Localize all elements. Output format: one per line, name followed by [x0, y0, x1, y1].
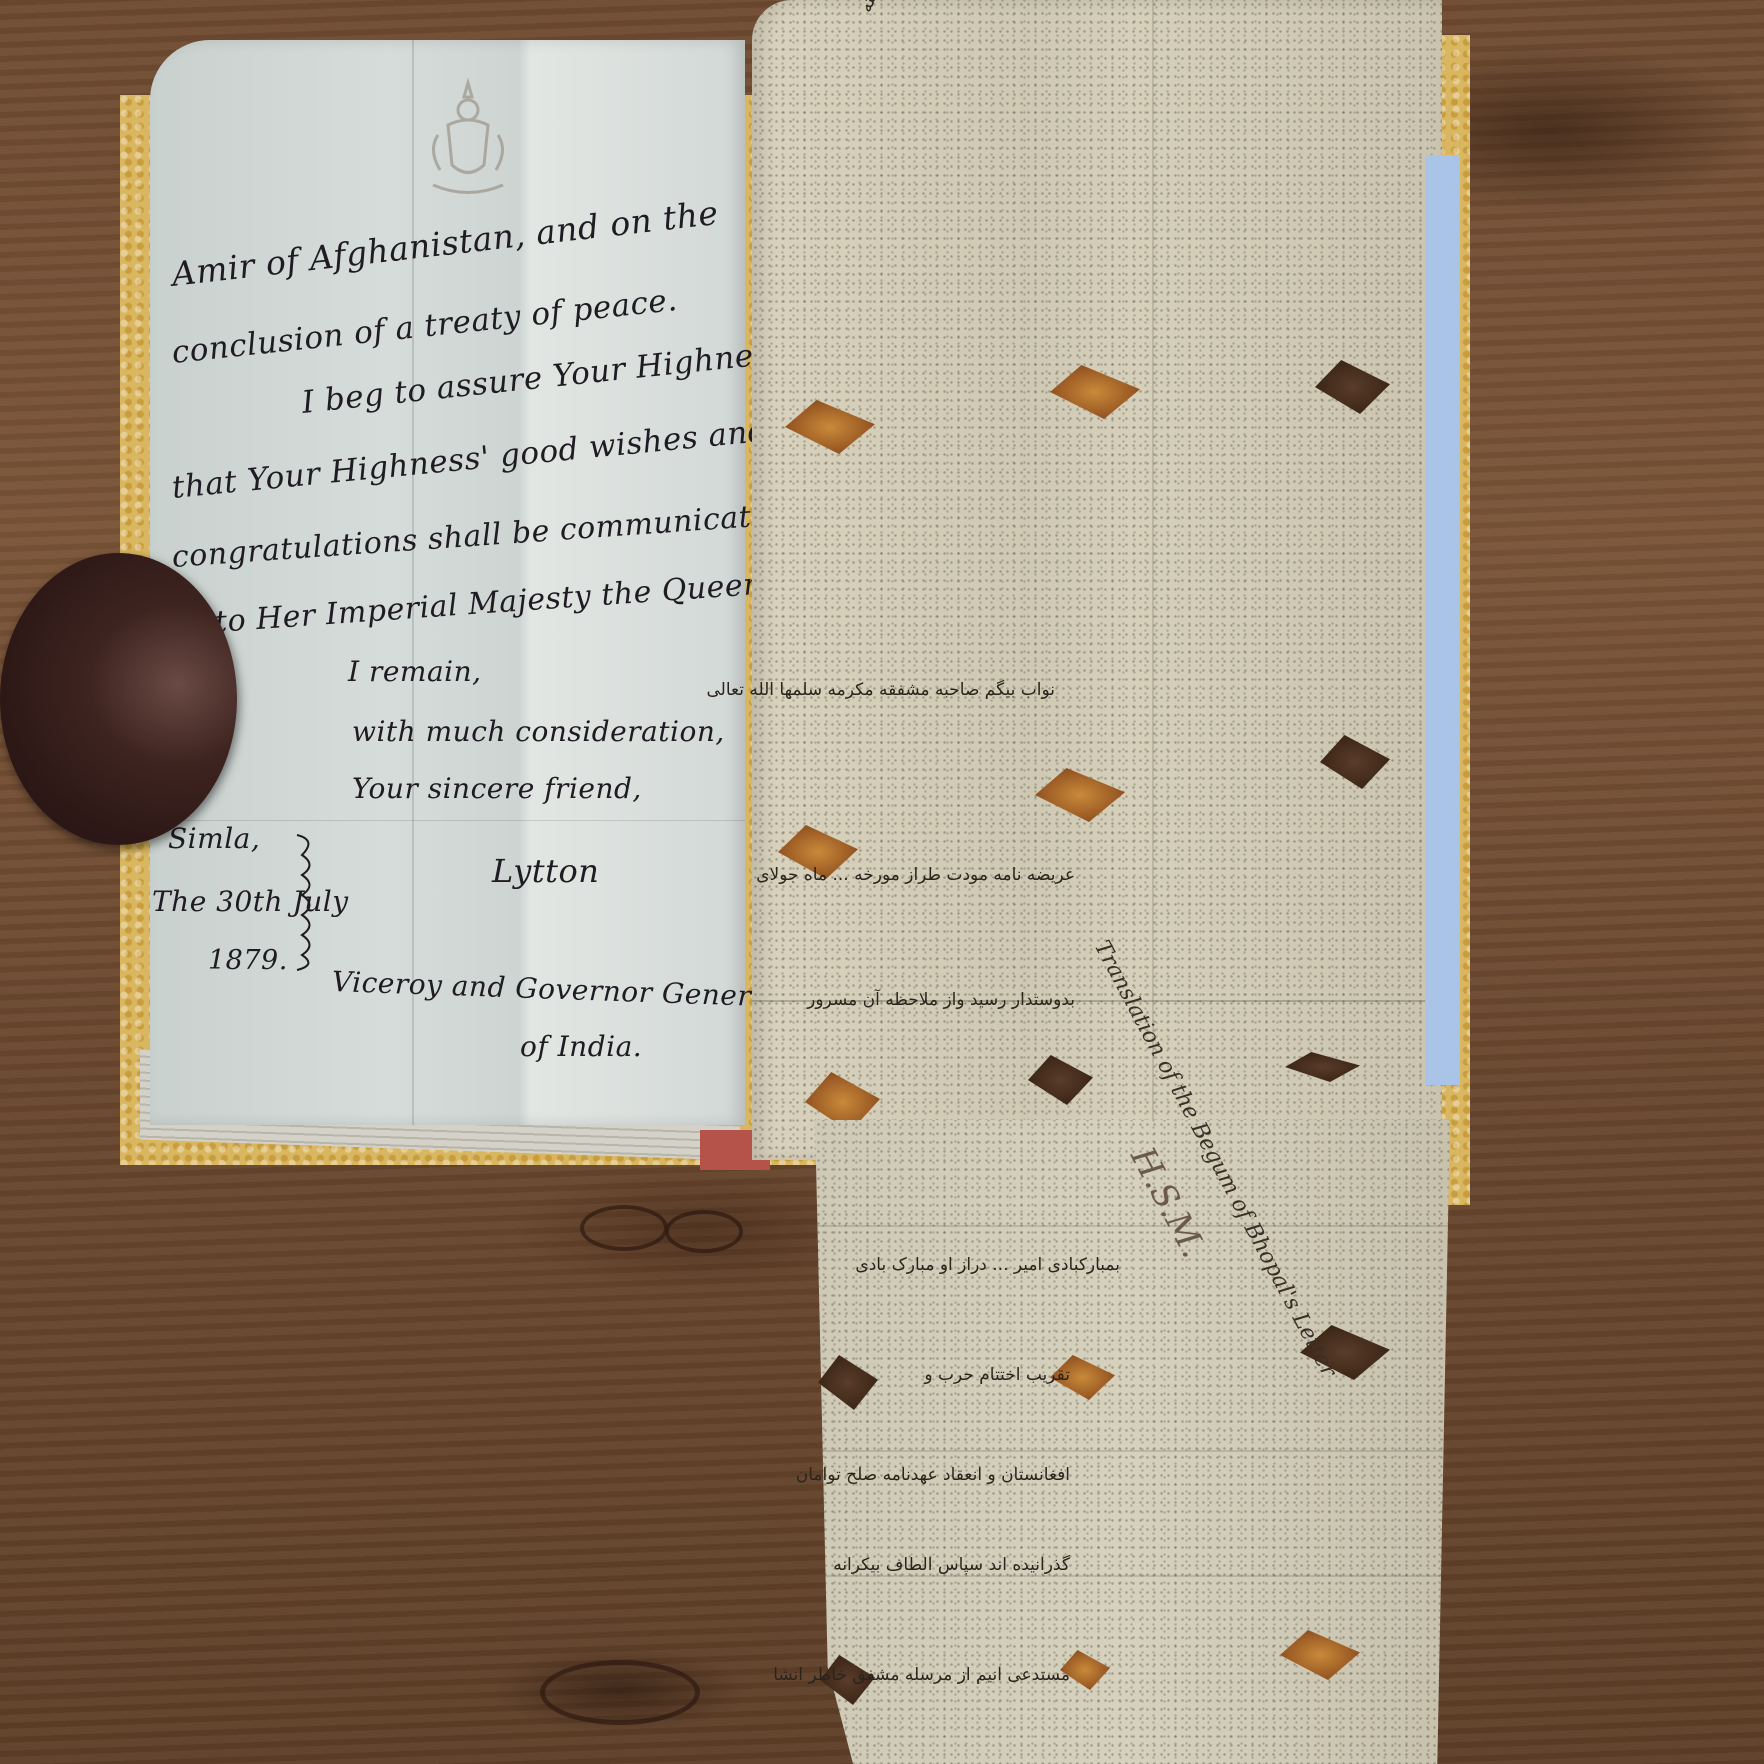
blue-tab-strip: [1425, 155, 1460, 1085]
title-line: of India.: [520, 1030, 642, 1063]
wood-stain: [540, 1660, 700, 1725]
leather-seal-case: [0, 553, 237, 845]
persian-line: نواب بیگم صاحبه مشفقه مکرمه سلمها الله ت…: [845, 680, 1055, 700]
year: 1879.: [208, 945, 288, 976]
wood-stain: [580, 1205, 668, 1251]
place: Simla,: [168, 822, 260, 855]
persian-line: مستدعی انیم از مرسله مشفق خاطر انشا: [860, 1665, 1070, 1685]
right-page-persian-letter: [752, 0, 1442, 1160]
persian-line: تقریب اختتام حرب و: [870, 1365, 1070, 1385]
closing-line: Your sincere friend,: [352, 772, 642, 805]
closing-line: with much consideration,: [352, 715, 725, 748]
persian-line: گذرانیده اند سپاس الطاف بیکرانه: [830, 1555, 1070, 1575]
persian-line: عریضه نامه مودت طراز مورخه ... ماه جولای: [800, 865, 1075, 885]
persian-line: بدوستدار رسید واز ملاحظه آن مسرور: [800, 990, 1075, 1010]
signature: Lytton: [492, 852, 599, 890]
royal-crest-icon: [418, 75, 518, 205]
brace-icon: [292, 830, 322, 975]
persian-line: افغانستان و انعقاد عهدنامه صلح توامان: [830, 1465, 1070, 1485]
closing-line: I remain,: [348, 655, 482, 688]
persian-line: بمبارکبادی امیر ... دراز او مبارک بادی: [820, 1255, 1120, 1275]
wood-stain: [665, 1210, 743, 1253]
